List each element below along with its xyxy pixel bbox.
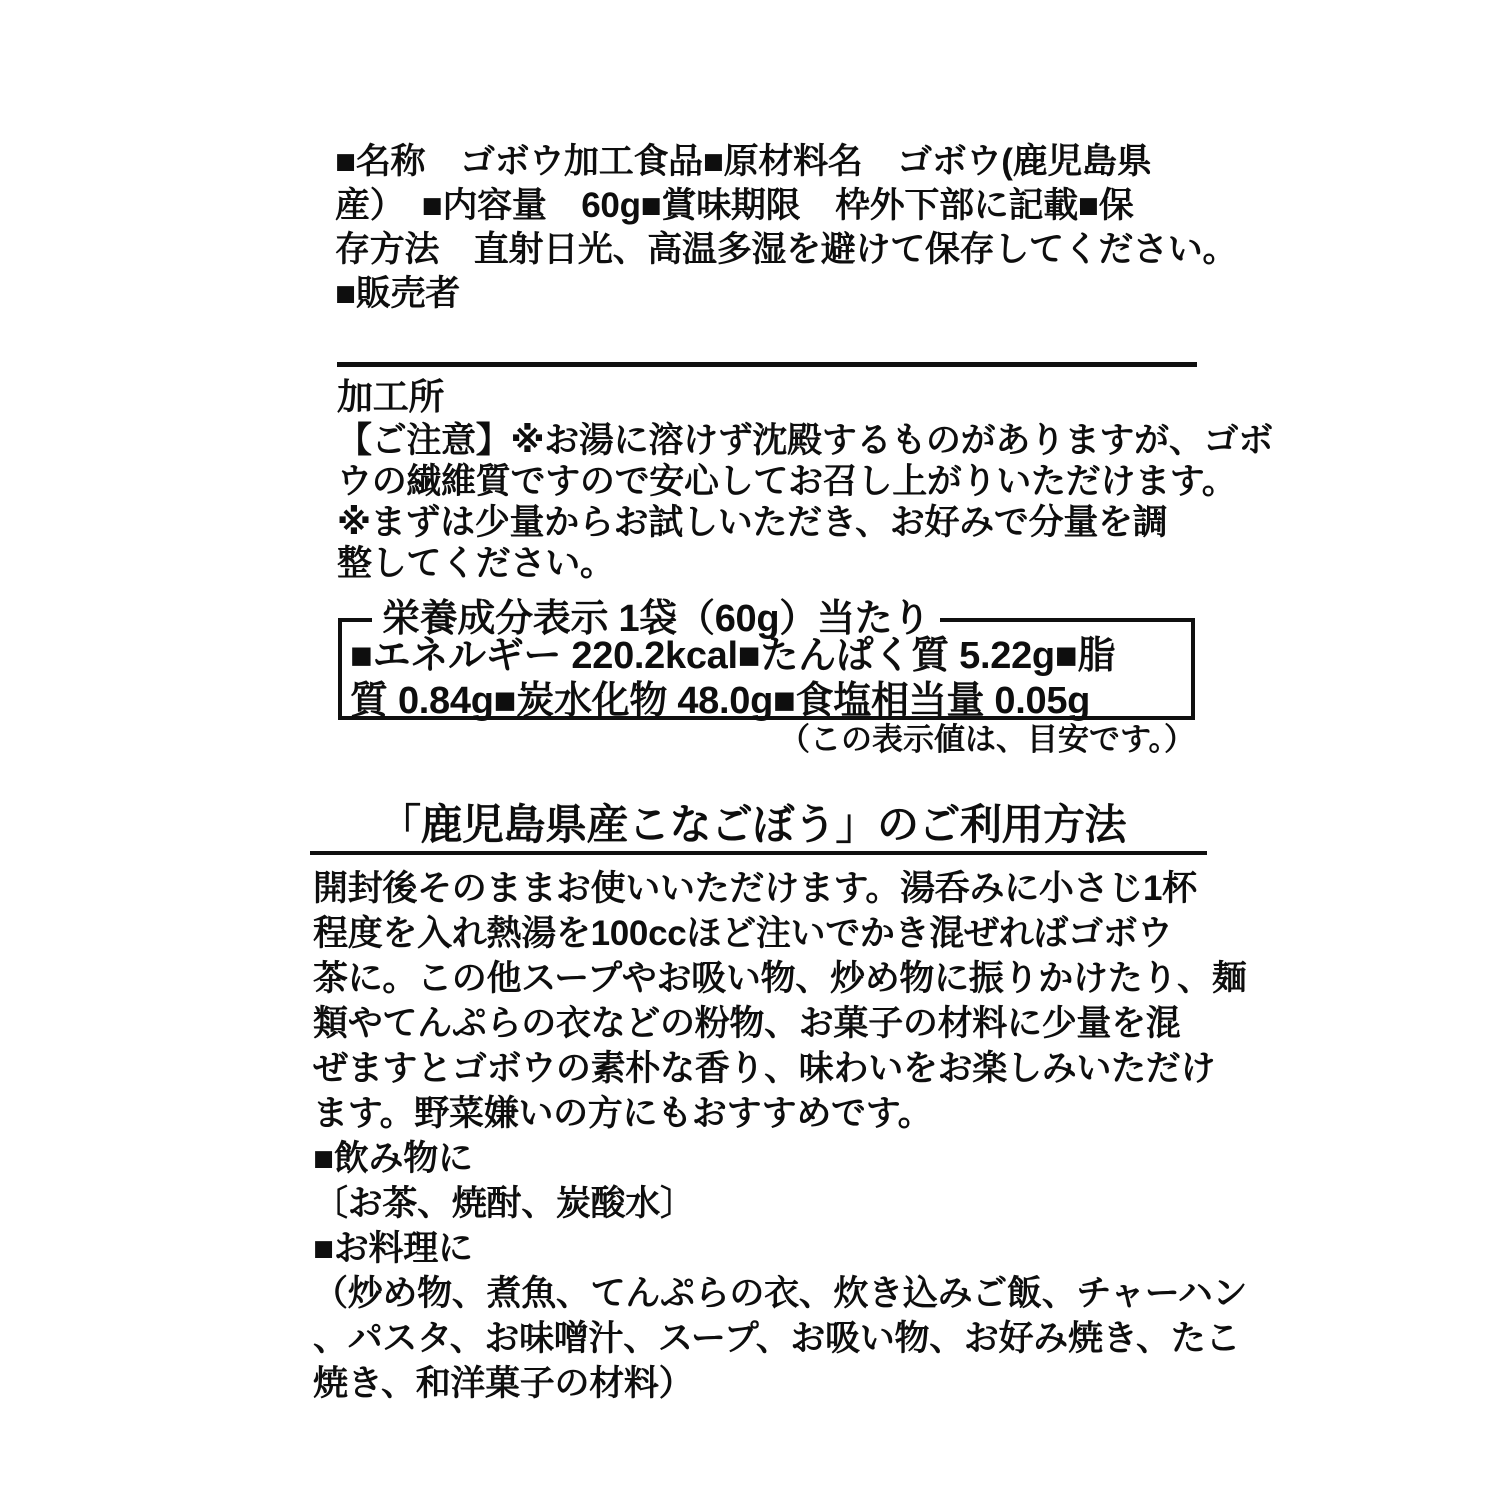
- food-list: （炒め物、煮魚、てんぷらの衣、炊き込みご飯、チャーハン 、パスタ、お味噌汁、スー…: [313, 1271, 1247, 1406]
- nutrition-facts-box: 栄養成分表示 1袋（60g）当たり ■エネルギー 220.2kcal■たんぱく質…: [338, 618, 1195, 720]
- label-scan: ■名称 ゴボウ加工食品■原材料名 ゴボウ(鹿児島県 産） ■内容量 60g■賞味…: [0, 0, 1500, 1500]
- product-info-text: ■名称 ゴボウ加工食品■原材料名 ゴボウ(鹿児島県 産） ■内容量 60g■賞味…: [335, 140, 1237, 316]
- usage-body-text: 開封後そのままお使いいただけます。湯呑みに小さじ1杯 程度を入れ熱湯を100cc…: [313, 866, 1247, 1136]
- nutrition-facts-values: ■エネルギー 220.2kcal■たんぱく質 5.22g■脂 質 0.84g■炭…: [350, 634, 1115, 724]
- usage-section: 開封後そのままお使いいただけます。湯呑みに小さじ1杯 程度を入れ熱湯を100cc…: [313, 866, 1247, 1406]
- nutrition-facts-note: （この表示値は、目安です。）: [338, 722, 1195, 758]
- section-divider-line: [337, 362, 1197, 367]
- usage-section-title: 「鹿児島県産こなごぼう」のご利用方法: [295, 802, 1210, 848]
- food-header: ■お料理に: [313, 1226, 1247, 1271]
- drinks-header: ■飲み物に: [313, 1136, 1247, 1181]
- drinks-list: 〔お茶、焼酎、炭酸水〕: [313, 1181, 1247, 1226]
- caution-text: 【ご注意】※お湯に溶けず沈殿するものがありますが、ゴボ ウの繊維質ですので安心し…: [337, 420, 1273, 584]
- usage-title-underline: [310, 851, 1207, 855]
- processing-location-label: 加工所: [337, 376, 444, 418]
